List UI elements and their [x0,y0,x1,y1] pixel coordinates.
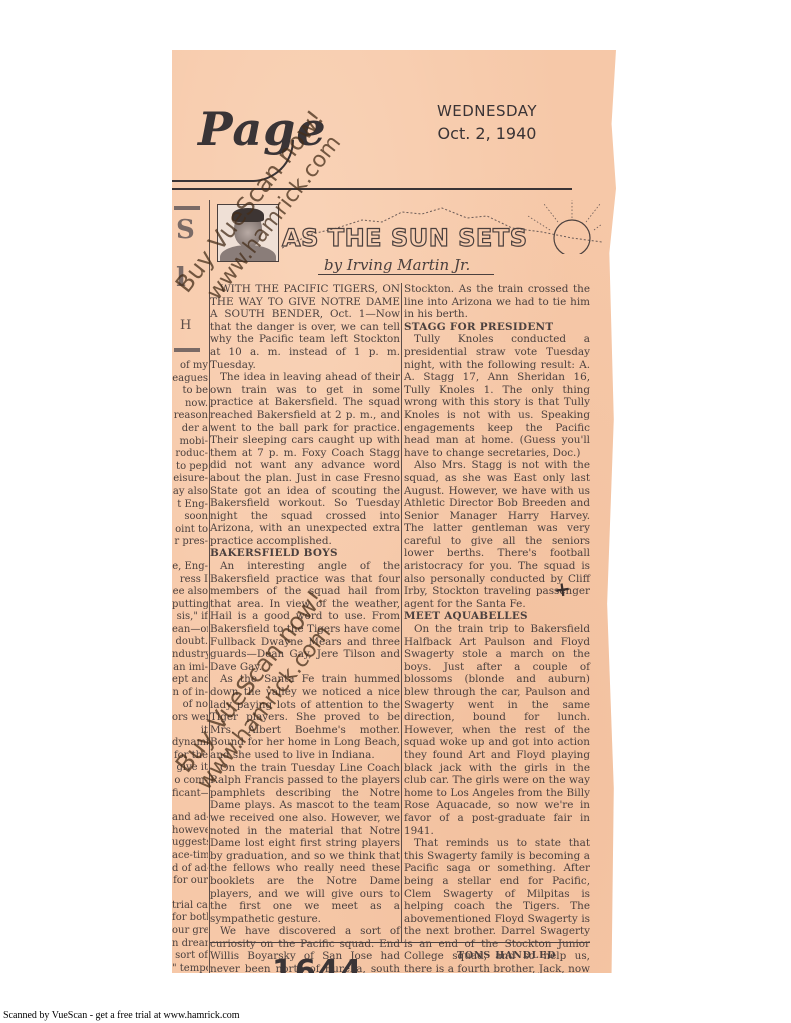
left-fragment-line: eisure- [172,473,208,486]
dateline-date: Oct. 2, 1940 [422,124,552,143]
left-fragment-line: putting [172,599,208,612]
column-masthead: AS THE SUN SETS by Irving Martin Jr. [210,198,610,284]
article-paragraph: Tully Knoles conducted a presidential st… [404,333,590,459]
header-rule [172,188,572,190]
left-fragment-line: ficant— [172,788,208,801]
dateline: WEDNESDAY Oct. 2, 1940 [422,102,552,143]
left-fragment-line: ean—or [172,624,208,637]
left-fragment-line: dynamic [172,737,208,750]
big-number-fragment: 1644 [272,954,364,973]
headline-char: H [180,320,191,333]
left-fragment-line: ept and [172,674,208,687]
left-fragment-line: ace-time [172,850,208,863]
article-subhead: MEET AQUABELLES [404,610,590,623]
left-fragment-line: e, Eng- [172,561,208,574]
left-fragment-line: d of ad- [172,863,208,876]
article-paragraph: On the train Tuesday Line Coach Ralph Fr… [210,762,400,926]
left-partial-headline: S l H [172,200,208,360]
left-fragment-line: of my [172,360,208,373]
scanner-footer: Scanned by VueScan - get a free trial at… [3,1010,240,1021]
left-fragment-line: roduc- [172,448,208,461]
column-byline: by Irving Martin Jr. [318,256,494,275]
left-fragment-line: ndustry [172,649,208,662]
column-title: AS THE SUN SETS [282,224,527,252]
left-fragment-line: trial ca- [172,900,208,913]
article-subhead: STAGG FOR PRESIDENT [404,321,590,334]
left-fragment-line: now. [172,398,208,411]
article-paragraph: An interesting angle of the Bakersfield … [210,560,400,673]
left-fragment-line: give it [172,762,208,775]
left-fragment-line: doubt. [172,636,208,649]
newspaper-clipping: Page WEDNESDAY Oct. 2, 1940 S l H of mye… [172,50,616,973]
article-paragraph: The idea in leaving ahead of their own t… [210,371,400,547]
left-fragment-line: mobi- [172,436,208,449]
dateline-day: WEDNESDAY [422,102,552,120]
left-fragment-line: ress I [172,574,208,587]
left-partial-text: of myeaguesto benow.reasonder amobi-rodu… [172,360,208,973]
left-fragment-line: der a [172,423,208,436]
left-fragment-line: and ad- [172,812,208,825]
rule-fragment [174,206,200,210]
left-fragment-line: soon [172,511,208,524]
headline-char: l [176,272,186,285]
left-partial-column: S l H of myeaguesto benow.reasonder amob… [172,200,208,973]
left-fragment-line: to be [172,385,208,398]
left-fragment-line: it [172,725,208,738]
article-subhead: BAKERSFIELD BOYS [210,547,400,560]
left-fragment-line: sis," if [172,611,208,624]
rule-fragment [174,348,200,352]
left-fragment-line: reason [172,410,208,423]
left-fragment-line: an imi- [172,662,208,675]
article-column-2: Stockton. As the train crossed the line … [404,283,590,973]
left-fragment-line: n dream- [172,938,208,951]
article-column-1: WITH THE PACIFIC TIGERS, ON THE WAY TO G… [210,283,400,973]
article-paragraph: On the train trip to Bakersfield Halfbac… [404,623,590,837]
left-fragment-line: our great [172,925,208,938]
left-fragment-line: to pep [172,461,208,474]
left-fragment-line: for the [172,750,208,763]
article-paragraph: As the Santa Fe train hummed down the va… [210,673,400,761]
left-fragment-line: ors were [172,712,208,725]
left-fragment-line: r pres- [172,536,208,549]
left-fragment-line: uggests, [172,837,208,850]
left-fragment-line: eagues [172,373,208,386]
left-fragment-line: " tempo. [172,963,208,973]
bottom-rule [210,942,590,943]
left-fragment-line: oint to [172,524,208,537]
article-paragraph: Stockton. As the train crossed the line … [404,283,590,321]
author-portrait [217,204,279,262]
headline-char: S [176,224,195,237]
left-fragment-line: of no [172,699,208,712]
left-fragment-line: for both [172,912,208,925]
left-fragment-line: ee also [172,586,208,599]
left-fragment-line: n of in- [172,687,208,700]
left-fragment-line: for our [172,875,208,888]
pen-mark: + [552,576,572,602]
left-fragment-line: t Eng- [172,499,208,512]
section-title-fragment: Page [198,102,327,156]
tons-handled-heading: TONS HANDLED [457,950,556,961]
left-fragment-line: however, [172,825,208,838]
column-divider-center [401,283,402,943]
left-fragment-line: o com- [172,775,208,788]
left-fragment-line: sort of [172,950,208,963]
article-paragraph: WITH THE PACIFIC TIGERS, ON THE WAY TO G… [210,283,400,371]
left-fragment-line: ay also [172,486,208,499]
